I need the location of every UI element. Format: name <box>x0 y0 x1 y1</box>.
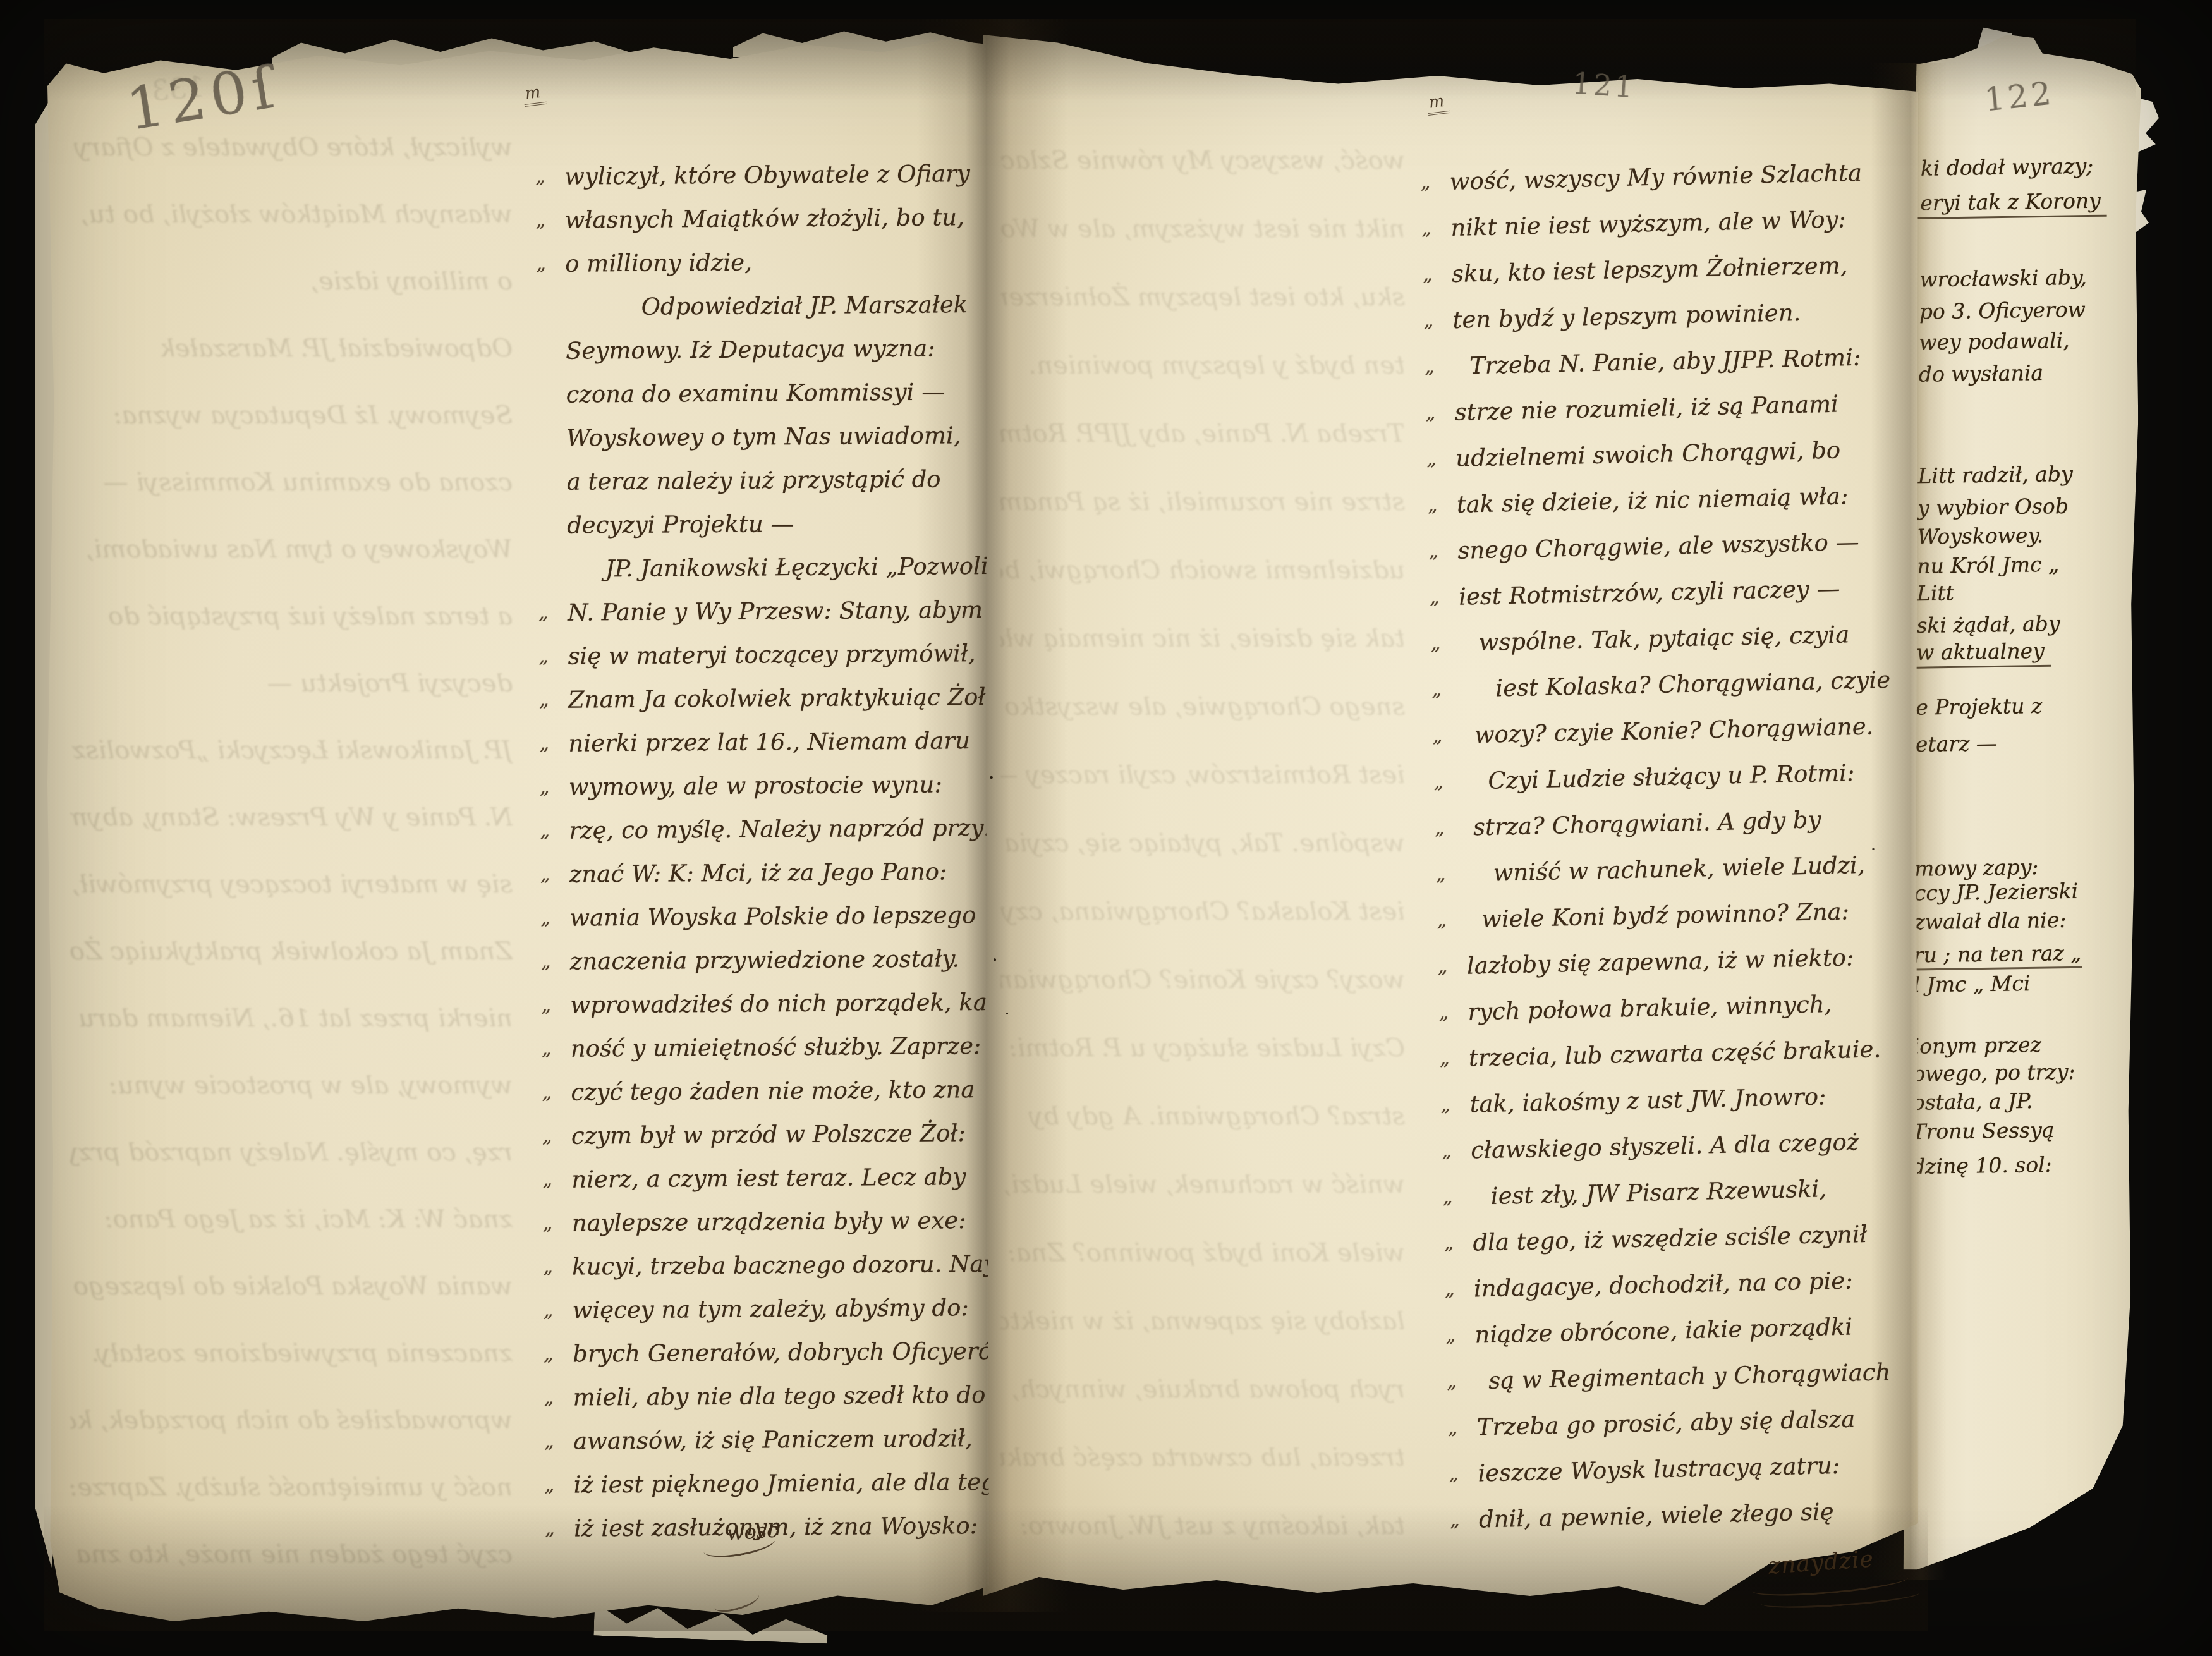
quote-dash-mark: „ <box>540 896 550 940</box>
manuscript-line: Seymowy. Iż Deputacya wyzna: <box>535 326 984 373</box>
manuscript-line: „własnych Maiątków złożyli, bo tu, <box>534 195 983 242</box>
pencil-showthrough-number: 133 <box>150 71 206 107</box>
line-text: wania Woyska Polskie do lepszego <box>569 901 976 931</box>
line-text: dla tego, iż wszędzie sciśle czynił <box>1473 1221 1868 1257</box>
quote-dash-mark: „ <box>542 1158 552 1202</box>
next-page-line-fragment: mowy zapy: <box>1914 855 2039 881</box>
quote-dash-mark: „ <box>542 1114 552 1158</box>
showthrough-text: wyliczył, które Obywatele z Ofiarywłasny… <box>70 114 513 1586</box>
showthrough-line: ten bydź y lepszym powinien. <box>1000 331 1405 399</box>
ink-speck <box>994 958 996 961</box>
showthrough-line: wymowy, ale w prostocie wynu: <box>70 1052 513 1119</box>
quote-dash-mark: „ <box>545 1507 555 1550</box>
quote-dash-mark: „ <box>1440 1081 1451 1128</box>
manuscript-line: „N. Panie y Wy Przesw: Stany, abym <box>537 588 986 635</box>
line-text: wość, wszyscy My równie Szlachta <box>1449 159 1862 195</box>
quote-dash-mark: „ <box>1449 1497 1460 1543</box>
line-text: kucyi, trzeba bacznego dozoru. Nay: <box>572 1250 1005 1281</box>
quote-dash-mark: „ <box>544 1332 554 1376</box>
line-text: snego Chorągwie, ale wszystko — <box>1457 528 1859 564</box>
next-page-line-fragment: ostała, a JP. <box>1912 1088 2033 1115</box>
next-page-line-fragment: ski żądał, aby <box>1916 611 2060 638</box>
line-text: wymowy, ale w prostocie wynu: <box>569 771 942 801</box>
showthrough-line: rych połowa brakuie, winnych, <box>1000 1355 1405 1423</box>
line-text: mieli, aby nie dla tego szedł kto do <box>573 1381 986 1411</box>
line-text: są w Regimentach y Chorągwiach <box>1488 1358 1891 1394</box>
quote-dash-mark: „ <box>1420 159 1431 205</box>
line-text: a teraz należy iuż przystąpić do <box>566 466 940 496</box>
photo-backdrop: ki dodał wyrazy;eryi tak z Koronywrocław… <box>0 0 2212 1656</box>
line-text: lazłoby się zapewna, iż w niekto: <box>1466 944 1854 979</box>
line-text: iest zły, JW Pisarz Rzewuski, <box>1490 1175 1826 1210</box>
next-page-line-fragment: eryi tak z Korony <box>1920 188 2101 216</box>
line-text: iest Rotmistrzów, czyli raczey — <box>1459 575 1840 611</box>
quire-signature-mark: m <box>1426 91 1450 116</box>
showthrough-line: snego Chorągwie, ale wszystko — <box>1000 673 1405 741</box>
line-text: wniść w rachunek, wiele Ludzi, <box>1493 851 1865 887</box>
line-text: awansów, iż się Paniczem urodził, <box>573 1425 973 1454</box>
line-text: ność y umieiętność służby. Zaprze: <box>571 1032 981 1062</box>
manuscript-line: JP. Janikowski Łęczycki „Pozwolisz <box>537 544 985 591</box>
line-text: wozy? czyie Konie? Chorągwiane. <box>1474 713 1873 749</box>
quote-dash-mark: „ <box>539 722 549 765</box>
showthrough-line: wniść w rachunek, wiele Ludzi, <box>1000 1150 1405 1219</box>
line-text: wiele Koni bydź powinno? Zna: <box>1481 898 1850 933</box>
manuscript-line: „dnił, a pewnie, wiele złego się <box>1448 1487 1935 1543</box>
next-page-line-fragment: nu Król Jmc „ <box>1917 552 2059 578</box>
quote-dash-mark: „ <box>1422 252 1433 298</box>
next-page-line-fragment: Litt radził, aby <box>1917 461 2073 488</box>
next-leaf-page-122: ki dodał wyrazy;eryi tak z Koronywrocław… <box>1903 33 2141 1571</box>
line-text: o milliony idzie, <box>565 249 752 277</box>
showthrough-line: wiele Koni bydź powinno? Zna: <box>1000 1219 1405 1287</box>
line-text: iest Kolaska? Chorągwiana, czyie <box>1495 666 1891 702</box>
manuscript-line: „się w materyi toczącey przymówił, <box>537 631 986 678</box>
showthrough-line: nikt nie iest wyższym, ale w Woy: <box>1000 195 1405 263</box>
showthrough-line: czona do examinu Kommissyi — <box>70 449 513 516</box>
line-text: Odpowiedział JP. Marszałek <box>641 291 968 320</box>
quote-dash-mark: „ <box>1428 528 1439 574</box>
manuscript-line: „naylepsze urządzenia były w exe: <box>542 1198 990 1245</box>
line-text: tak, iakośmy z ust JW. Jnowro: <box>1469 1083 1826 1117</box>
manuscript-page-120: wyliczył, które Obywatele z Ofiarywłasny… <box>47 25 989 1621</box>
manuscript-line: „wprowadziłeś do nich porządek, kar: <box>540 980 988 1027</box>
quote-dash-mark: „ <box>1444 1266 1455 1312</box>
next-page-line-fragment: wey podawali, <box>1919 328 2070 355</box>
quote-dash-mark: „ <box>1431 666 1442 712</box>
next-page-line-fragment: y wybior Osob <box>1917 494 2069 520</box>
quire-signature-mark: m <box>522 82 547 107</box>
next-page-line-fragment: ionym przez <box>1912 1032 2041 1059</box>
line-text: czym był w przód w Polszcze Żoł: <box>571 1119 966 1149</box>
quote-dash-mark: „ <box>543 1202 553 1245</box>
line-text: strza? Chorągwiani. A gdy by <box>1473 806 1821 841</box>
line-text: Znam Ja cokolwiek praktykuiąc Żoł: <box>568 683 994 714</box>
quote-dash-mark: „ <box>1424 344 1435 390</box>
next-page-line-fragment: etarz — <box>1916 731 1998 757</box>
showthrough-line: rzę, co myślę. Należy naprzód przy: <box>70 1119 513 1186</box>
quote-dash-mark: „ <box>1426 436 1437 482</box>
handwritten-text-column: „wyliczył, które Obywatele z Ofiary„włas… <box>534 152 992 1550</box>
quote-dash-mark: „ <box>544 1376 554 1420</box>
line-text: dnił, a pewnie, wiele złego się <box>1478 1498 1834 1533</box>
showthrough-line: wprowadziłeś do nich porządek, kar: <box>70 1387 513 1454</box>
manuscript-line: „brych Generałów, dobrych Oficyerów <box>542 1329 991 1376</box>
quote-dash-mark: „ <box>540 765 550 809</box>
quote-dash-mark: „ <box>541 983 551 1027</box>
pencil-folio-number-121: 121 <box>1571 66 1636 105</box>
manuscript-line: „znaczenia przywiedzione zostały. <box>540 937 988 983</box>
next-page-line-fragment: owego, po trzy: <box>1912 1059 2075 1087</box>
next-page-line-fragment: w aktualney <box>1916 638 2045 665</box>
showthrough-line: a teraz należy iuż przystąpić do <box>70 583 513 650</box>
showthrough-line: znaczenia przywiedzione zostały. <box>70 1320 513 1387</box>
line-text: znać W: K: Mci, iż za Jego Pano: <box>569 858 947 887</box>
manuscript-line: „o milliony idzie, <box>535 239 983 286</box>
quote-dash-mark: „ <box>1438 989 1449 1035</box>
line-text: Seymowy. Iż Deputacya wyzna: <box>566 335 935 365</box>
showthrough-text: wość, wszyscy My równie Szlachtanikt nie… <box>1000 126 1405 1555</box>
manuscript-line: „iż iest pięknego Jmienia, ale dla tego, <box>543 1460 992 1507</box>
showthrough-line: Trzeba N. Panie, aby JJPP. Rotmi: <box>1000 399 1405 468</box>
manuscript-line: Odpowiedział JP. Marszałek <box>535 283 983 329</box>
showthrough-line: tak się dzieie, iż nic niemaią wła: <box>1000 604 1405 673</box>
quote-dash-mark: „ <box>542 1027 552 1071</box>
line-text: wprowadziłeś do nich porządek, kar: <box>570 989 1006 1019</box>
line-text: rych połowa brakuie, winnych, <box>1468 990 1832 1026</box>
line-text: N. Panie y Wy Przesw: Stany, abym <box>568 596 983 626</box>
showthrough-line: decyzyi Projektu — <box>70 650 513 717</box>
quote-dash-mark: „ <box>1436 897 1447 943</box>
quote-dash-mark: „ <box>1429 574 1440 620</box>
line-text: indagacye, dochodził, na co pie: <box>1474 1267 1854 1302</box>
line-text: czona do examinu Kommissyi — <box>566 378 945 408</box>
manuscript-line: Woyskowey o tym Nas uwiadomi, <box>536 413 985 460</box>
next-page-line-fragment: dzinę 10. sol: <box>1912 1152 2052 1179</box>
manuscript-line: decyzyi Projektu — <box>537 501 985 547</box>
quote-dash-mark: „ <box>1423 298 1434 344</box>
quote-dash-mark: „ <box>1435 851 1446 897</box>
line-text: nierki przez lat 16., Niemam daru <box>568 727 970 757</box>
showthrough-line: lazłoby się zapewna, iż w niekto: <box>1000 1287 1405 1355</box>
line-text: więcey na tym zależy, abyśmy do: <box>573 1294 969 1324</box>
quote-dash-mark: „ <box>1432 712 1443 758</box>
manuscript-line: „więcey na tym zależy, abyśmy do: <box>542 1286 991 1332</box>
showthrough-line: wość, wszyscy My równie Szlachta <box>1000 126 1405 195</box>
line-text: JP. Janikowski Łęczycki „Pozwolisz <box>605 552 1012 582</box>
manuscript-line: „wymowy, ale w prostocie wynu: <box>538 762 987 809</box>
line-text: czyć tego żaden nie może, kto zna <box>571 1076 975 1105</box>
manuscript-line: „wania Woyska Polskie do lepszego <box>539 893 988 940</box>
quote-dash-mark: „ <box>538 635 549 678</box>
quote-dash-mark: „ <box>542 1071 552 1114</box>
ink-speck <box>990 776 993 779</box>
showthrough-line: JP. Janikowski Łęczycki „Pozwolisz <box>70 717 513 784</box>
manuscript-line: „wyliczył, które Obywatele z Ofiary <box>534 152 983 198</box>
next-page-line-fragment: ccy JP. Jezierski <box>1914 879 2079 906</box>
line-text: rzę, co myślę. Należy naprzód przy: <box>569 814 992 844</box>
showthrough-line: wozy? czyie Konie? Chorągwiane. <box>1000 946 1405 1014</box>
line-text: trzecia, lub czwarta część brakuie. <box>1469 1035 1881 1071</box>
quote-dash-mark: „ <box>1445 1312 1456 1358</box>
next-page-line-fragment: e Projektu z <box>1916 693 2043 720</box>
quote-dash-mark: „ <box>539 678 549 722</box>
quote-dash-mark: „ <box>1434 805 1445 851</box>
line-text: sku, kto iest lepszym Żołnierzem, <box>1452 252 1848 288</box>
line-text: udzielnemi swoich Chorągwi, bo <box>1455 437 1841 472</box>
showthrough-line: Woyskowey o tym Nas uwiadomi, <box>70 516 513 583</box>
showthrough-line: sku, kto iest lepszym Żołnierzem, <box>1000 263 1405 331</box>
quote-dash-mark: „ <box>544 1289 554 1332</box>
showthrough-line: Odpowiedział JP. Marszałek <box>70 315 513 382</box>
quote-dash-mark: „ <box>1439 1035 1450 1081</box>
manuscript-line: a teraz należy iuż przystąpić do <box>536 457 985 504</box>
quote-dash-mark: „ <box>538 591 549 635</box>
line-text: tak się dzieie, iż nic niemaią wła: <box>1456 482 1848 518</box>
line-text: decyzyi Projektu — <box>567 510 794 539</box>
next-page-line-fragment: ru ; na ten raz „ <box>1914 941 2082 968</box>
line-text: się w materyi toczącey przymówił, <box>568 640 975 670</box>
next-page-line-fragment: wrocławski aby, <box>1919 265 2087 292</box>
quote-dash-mark: „ <box>1421 205 1432 252</box>
showthrough-line: strze nie rozumieli, iż są Panami <box>1000 468 1405 536</box>
showthrough-line: się w materyi toczącey przymówił, <box>70 851 513 918</box>
manuscript-line: „nierki przez lat 16., Niemam daru <box>538 719 987 765</box>
manuscript-line: czona do examinu Kommissyi — <box>535 370 984 417</box>
quote-dash-mark: „ <box>544 1463 554 1507</box>
handwritten-text-column: „wość, wszyscy My równie Szlachta„nikt n… <box>1419 149 1936 1543</box>
showthrough-line: ność y umieiętność służby. Zaprze: <box>70 1454 513 1521</box>
line-text: ten bydź y lepszym powinien. <box>1452 299 1801 334</box>
quote-dash-mark: „ <box>536 242 546 286</box>
quote-dash-mark: „ <box>540 853 550 896</box>
showthrough-line: własnych Maiątków złożyli, bo tu, <box>70 181 513 248</box>
line-text: niądze obrócone, iakie porządki <box>1474 1313 1852 1348</box>
quote-dash-mark: „ <box>1425 390 1436 436</box>
line-text: Woyskowey o tym Nas uwiadomi, <box>566 422 961 451</box>
quote-dash-mark: „ <box>1433 758 1444 805</box>
line-text: wyliczył, które Obywatele z Ofiary <box>564 160 970 190</box>
quote-dash-mark: „ <box>540 809 550 853</box>
showthrough-line: Znam Ja cokolwiek praktykuiąc Żoł: <box>70 918 513 985</box>
next-page-line-fragment: l Jmc „ Mci <box>1913 971 2030 997</box>
quote-dash-mark: „ <box>544 1420 554 1463</box>
showthrough-line: iest Rotmistrzów, czyli raczey — <box>1000 741 1405 809</box>
showthrough-line: o milliony idzie, <box>70 248 513 315</box>
manuscript-line: „znać W: K: Mci, iż za Jego Pano: <box>539 849 988 896</box>
line-text: wspólne. Tak, pytaiąc się, czyia <box>1478 621 1849 656</box>
showthrough-line: Czyi Ludzie służący u P. Rotmi: <box>1000 1014 1405 1082</box>
quote-dash-mark: „ <box>1449 1451 1459 1497</box>
manuscript-line: „czyć tego żaden nie może, kto zna <box>540 1068 989 1114</box>
showthrough-line: nierki przez lat 16., Niemam daru <box>70 985 513 1052</box>
quote-dash-mark: „ <box>1442 1174 1453 1220</box>
next-page-line-fragment: Woyskowey. <box>1917 523 2043 549</box>
line-text: nierz, a czym iest teraz. Lecz aby <box>571 1163 966 1193</box>
line-text: nikt nie iest wyższym, ale w Woy: <box>1450 205 1846 241</box>
showthrough-line: trzecia, lub czwarta część brakuie. <box>1000 1423 1405 1492</box>
next-page-line-fragment: Tronu Sessyą <box>1912 1117 2055 1144</box>
line-text: własnych Maiątków złożyli, bo tu, <box>565 204 964 233</box>
next-page-line-fragment: Litt <box>1917 580 1955 606</box>
pencil-folio-number-122: 122 <box>1983 75 2056 118</box>
showthrough-line: iest Kolaska? Chorągwiana, czyie <box>1000 877 1405 946</box>
manuscript-line: „ność y umieiętność służby. Zaprze: <box>540 1024 989 1071</box>
showthrough-line: wspólne. Tak, pytaiąc się, czyia <box>1000 809 1405 877</box>
ink-speck <box>1006 1013 1008 1014</box>
quote-dash-mark: „ <box>1437 943 1448 989</box>
line-text: cławskiego słyszeli. A dla czegoż <box>1471 1128 1859 1164</box>
manuscript-line: „czym był w przód w Polszcze Żoł: <box>541 1111 990 1158</box>
fragment-column: ki dodał wyrazy;eryi tak z Koronywrocław… <box>1917 33 2142 35</box>
quote-dash-mark: „ <box>1446 1358 1457 1404</box>
showthrough-line: Seymowy. Iż Deputacya wyzna: <box>70 382 513 449</box>
line-text: Czyi Ludzie służący u P. Rotmi: <box>1488 759 1855 795</box>
showthrough-line: tak, iakośmy z ust JW. Jnowro: <box>1000 1492 1405 1555</box>
showthrough-line: znać W: K: Mci, iż za Jego Pano: <box>70 1186 513 1253</box>
line-text: Trzeba N. Panie, aby JJPP. Rotmi: <box>1469 344 1861 380</box>
line-text: brych Generałów, dobrych Oficyerów <box>573 1337 1012 1368</box>
quote-dash-mark: „ <box>1447 1404 1458 1451</box>
showthrough-line: czyć tego żaden nie może, kto zna <box>70 1521 513 1586</box>
showthrough-line: wania Woyska Polskie do lepszego <box>70 1253 513 1320</box>
quote-dash-mark: „ <box>1430 620 1441 666</box>
manuscript-line: „nierz, a czym iest teraz. Lecz aby <box>541 1155 990 1202</box>
showthrough-line: strza? Chorągwiani. A gdy by <box>1000 1082 1405 1150</box>
manuscript-line: „Znam Ja cokolwiek praktykuiąc Żoł: <box>538 675 987 722</box>
manuscript-line: „mieli, aby nie dla tego szedł kto do <box>542 1373 991 1420</box>
line-text: Trzeba go prosić, aby się dalsza <box>1476 1405 1855 1440</box>
manuscript-line: „kucyi, trzeba bacznego dozoru. Nay: <box>542 1242 990 1289</box>
line-text: iż iest pięknego Jmienia, ale dla tego, <box>574 1468 1018 1499</box>
next-page-line-fragment: po 3. Oficyerow <box>1919 297 2086 324</box>
manuscript-page-121: wość, wszyscy My równie Szlachtanikt nie… <box>983 25 1918 1605</box>
manuscript-line: „awansów, iż się Paniczem urodził, <box>543 1416 992 1463</box>
quote-dash-mark: „ <box>1427 482 1438 528</box>
line-text: znaczenia przywiedzione zostały. <box>570 945 960 975</box>
line-text: naylepsze urządzenia były w exe: <box>572 1207 966 1236</box>
next-page-line-fragment: zwalał dla nie: <box>1914 908 2067 934</box>
quote-dash-mark: „ <box>541 940 551 983</box>
ink-speck <box>1872 848 1875 850</box>
quote-dash-mark: „ <box>1441 1128 1452 1174</box>
quote-dash-mark: „ <box>535 198 545 242</box>
line-text: ieszcze Woysk lustracyą zatru: <box>1478 1452 1840 1487</box>
next-page-line-fragment: do wysłania <box>1919 360 2044 387</box>
manuscript-line: „rzę, co myślę. Należy naprzód przy: <box>538 806 987 853</box>
showthrough-line: N. Panie y Wy Przesw: Stany, abym <box>70 784 513 851</box>
showthrough-line: udzielnemi swoich Chorągwi, bo <box>1000 536 1405 604</box>
quote-dash-mark: „ <box>543 1245 553 1289</box>
next-page-line-fragment: ki dodał wyrazy; <box>1921 154 2094 181</box>
line-text: strze nie rozumieli, iż są Panami <box>1454 391 1838 426</box>
quote-dash-mark: „ <box>1443 1220 1454 1266</box>
quote-dash-mark: „ <box>535 155 545 198</box>
